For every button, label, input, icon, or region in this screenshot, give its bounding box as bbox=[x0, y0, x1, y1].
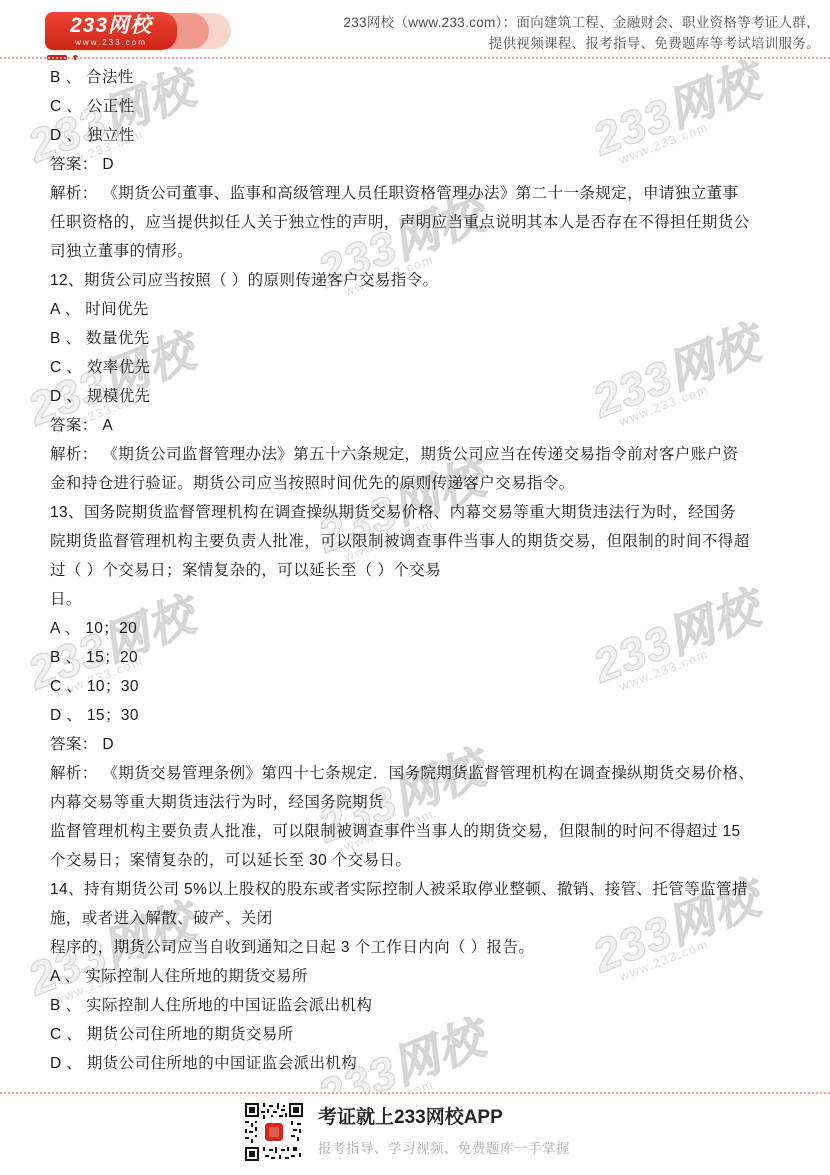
analysis-line: 金和持仓进行验证。期货公司应当按照时间优先的原则传递客户交易指令。 bbox=[50, 469, 795, 498]
logo-brand-text: 233网校 bbox=[45, 14, 177, 38]
question-line: 院期货监督管理机构主要负责人批准，可以限制被调查事件当事人的期货交易，但限制的时… bbox=[50, 527, 795, 556]
answer-line: 答案： A bbox=[50, 411, 795, 440]
analysis-line: 解析： 《期货交易管理条例》第四十七条规定．国务院期货监督管理机构在调查操纵期货… bbox=[50, 759, 795, 788]
logo-url-text: www.233.com bbox=[45, 38, 177, 47]
answer-line: 答案： D bbox=[50, 150, 795, 179]
option-line: D 、 期货公司住所地的中国证监会派出机构 bbox=[50, 1049, 795, 1078]
footer-text: 考证就上233网校APP 报考指导、学习视频、免费题库一手掌握 bbox=[318, 1103, 570, 1157]
qr-code-icon bbox=[245, 1103, 303, 1161]
option-line: C 、 期货公司住所地的期货交易所 bbox=[50, 1020, 795, 1049]
question-line: 13、国务院期货监督管理机构在调查操纵期货交易价格、内幕交易等重大期货违法行为时… bbox=[50, 498, 795, 527]
option-line: C 、 效率优先 bbox=[50, 353, 795, 382]
option-line: B 、 合法性 bbox=[50, 63, 795, 92]
tagline-line-1: 233网校（www.233.com）：面向建筑工程、金融财会、职业资格等考证人群… bbox=[343, 12, 820, 33]
page: 233网校www.233.com 233网校www.233.com 233网校w… bbox=[0, 0, 830, 1175]
app-footer: 考证就上233网校APP 报考指导、学习视频、免费题库一手掌握 bbox=[0, 1092, 830, 1175]
analysis-line: 解析： 《期货公司监督管理办法》第五十六条规定，期货公司应当在传递交易指令前对客… bbox=[50, 440, 795, 469]
question-line: 过（ ）个交易日；案情复杂的，可以延长至（ ）个交易 bbox=[50, 556, 795, 585]
option-line: A 、 时间优先 bbox=[50, 295, 795, 324]
question-line: 日。 bbox=[50, 585, 795, 614]
question-line: 14、持有期货公司 5%以上股权的股东或者实际控制人被采取停业整顿、撤销、接管、… bbox=[50, 875, 795, 904]
question-line: 12、期货公司应当按照（ ）的原则传递客户交易指令。 bbox=[50, 266, 795, 295]
option-line: B 、 15；20 bbox=[50, 643, 795, 672]
analysis-line: 解析： 《期货公司董事、监事和高级管理人员任职资格管理办法》第二十一条规定，申请… bbox=[50, 179, 795, 208]
site-tagline: 233网校（www.233.com）：面向建筑工程、金融财会、职业资格等考证人群… bbox=[343, 12, 820, 54]
option-line: A 、 实际控制人住所地的期货交易所 bbox=[50, 962, 795, 991]
logo-pill: 233网校 www.233.com bbox=[45, 12, 177, 50]
option-line: D 、 15；30 bbox=[50, 701, 795, 730]
analysis-line: 个交易日；案情复杂的，可以延长至 30 个交易日。 bbox=[50, 846, 795, 875]
analysis-line: 司独立董事的情形。 bbox=[50, 237, 795, 266]
option-line: B 、 实际控制人住所地的中国证监会派出机构 bbox=[50, 991, 795, 1020]
header-divider bbox=[0, 57, 830, 59]
brand-logo[interactable]: 233网校 www.233.com bbox=[45, 12, 230, 56]
question-line: 施，或者进入解散、破产、关闭 bbox=[50, 904, 795, 933]
footer-divider bbox=[0, 1092, 830, 1094]
option-line: B 、 数量优先 bbox=[50, 324, 795, 353]
analysis-line: 内幕交易等重大期货违法行为时，经国务院期货 bbox=[50, 788, 795, 817]
answer-line: 答案： D bbox=[50, 730, 795, 759]
option-line: C 、 10；30 bbox=[50, 672, 795, 701]
site-header: 233网校 www.233.com 233网校（www.233.com）：面向建… bbox=[0, 0, 830, 58]
tagline-line-2: 提供视频课程、报考指导、免费题库等考试培训服务。 bbox=[343, 33, 820, 54]
option-line: C 、 公正性 bbox=[50, 92, 795, 121]
footer-app-title: 考证就上233网校APP bbox=[318, 1106, 570, 1130]
option-line: A 、 10；20 bbox=[50, 614, 795, 643]
analysis-line: 任职资格的，应当提供拟任人关于独立性的声明，声明应当重点说明其本人是否存在不得担… bbox=[50, 208, 795, 237]
question-line: 程序的，期货公司应当自收到通知之日起 3 个工作日内向（ ）报告。 bbox=[50, 933, 795, 962]
footer-app-subtitle: 报考指导、学习视频、免费题库一手掌握 bbox=[318, 1137, 570, 1157]
footer-promo: 考证就上233网校APP 报考指导、学习视频、免费题库一手掌握 bbox=[245, 1103, 570, 1161]
analysis-line: 监督管理机构主要负责人批准，可以限制被调查事件当事人的期货交易，但限制的时问不得… bbox=[50, 817, 795, 846]
option-line: D 、 独立性 bbox=[50, 121, 795, 150]
document-body: B 、 合法性 C 、 公正性 D 、 独立性 答案： D 解析： 《期货公司董… bbox=[50, 63, 795, 1078]
option-line: D 、 规模优先 bbox=[50, 382, 795, 411]
